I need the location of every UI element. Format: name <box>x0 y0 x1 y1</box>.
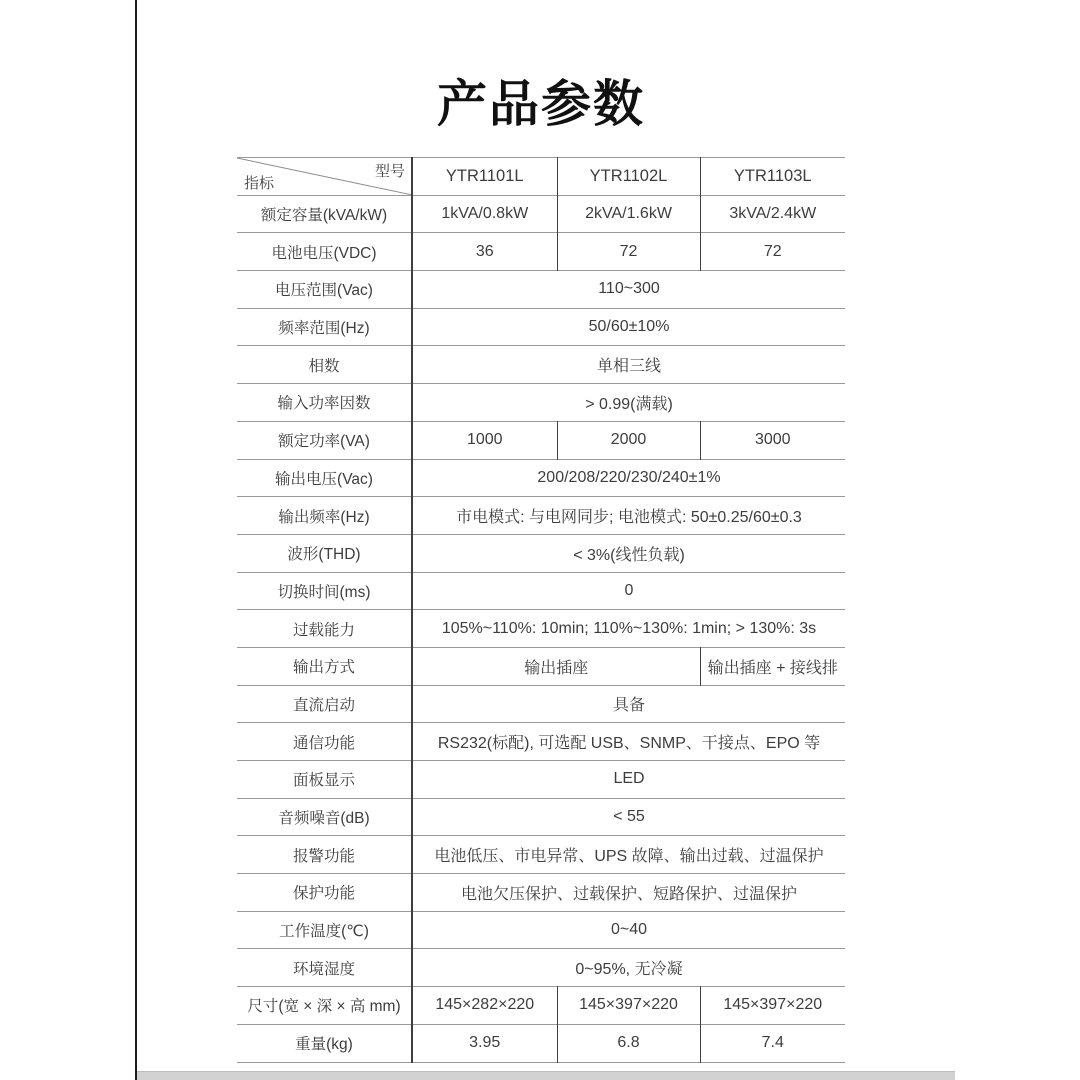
row-label: 过载能力 <box>237 610 412 648</box>
cell-value: 110~300 <box>412 271 845 309</box>
page-title: 产品参数 <box>237 64 845 136</box>
cell-value: 单相三线 <box>412 346 845 384</box>
model-header: YTR1102L <box>557 158 700 196</box>
row-label: 输入功率因数 <box>237 384 412 422</box>
row-label: 电池电压(VDC) <box>237 233 412 271</box>
cell-value: 7.4 <box>700 1024 845 1062</box>
row-label: 输出频率(Hz) <box>237 497 412 535</box>
row-label: 频率范围(Hz) <box>237 308 412 346</box>
row-label: 额定容量(kVA/kW) <box>237 195 412 233</box>
table-row: 输出频率(Hz) 市电模式: 与电网同步; 电池模式: 50±0.25/60±0… <box>237 497 845 535</box>
row-label: 输出方式 <box>237 647 412 685</box>
cell-value: 72 <box>700 233 845 271</box>
page-bottom-band <box>137 1071 955 1080</box>
table-row: 切换时间(ms) 0 <box>237 572 845 610</box>
table-row: 电池电压(VDC) 36 72 72 <box>237 233 845 271</box>
cell-value: 市电模式: 与电网同步; 电池模式: 50±0.25/60±0.3 <box>412 497 845 535</box>
table-header-row: 型号 指标 YTR1101L YTR1102L YTR1103L <box>237 158 845 196</box>
table-row: 重量(kg) 3.95 6.8 7.4 <box>237 1024 845 1062</box>
table-row: 相数 单相三线 <box>237 346 845 384</box>
cell-value: 3000 <box>700 421 845 459</box>
row-label: 尺寸(宽 × 深 × 高 mm) <box>237 987 412 1025</box>
spec-table: 型号 指标 YTR1101L YTR1102L YTR1103L 额定容量(kV… <box>237 157 845 1063</box>
cell-value: 输出插座 <box>412 647 700 685</box>
cell-value: 145×397×220 <box>557 987 700 1025</box>
row-label: 相数 <box>237 346 412 384</box>
cell-value: 3.95 <box>412 1024 557 1062</box>
cell-value: < 3%(线性负载) <box>412 534 845 572</box>
row-label: 音频噪音(dB) <box>237 798 412 836</box>
table-row: 环境湿度 0~95%, 无冷凝 <box>237 949 845 987</box>
row-label: 输出电压(Vac) <box>237 459 412 497</box>
cell-value: 145×397×220 <box>700 987 845 1025</box>
row-label: 环境湿度 <box>237 949 412 987</box>
cell-value: 200/208/220/230/240±1% <box>412 459 845 497</box>
cell-value: 0~40 <box>412 911 845 949</box>
row-label: 报警功能 <box>237 836 412 874</box>
row-label: 通信功能 <box>237 723 412 761</box>
cell-value: 具备 <box>412 685 845 723</box>
cell-value: 2000 <box>557 421 700 459</box>
row-label: 切换时间(ms) <box>237 572 412 610</box>
table-row: 报警功能 电池低压、市电异常、UPS 故障、输出过载、过温保护 <box>237 836 845 874</box>
cell-value: 电池低压、市电异常、UPS 故障、输出过载、过温保护 <box>412 836 845 874</box>
cell-value: 3kVA/2.4kW <box>700 195 845 233</box>
row-label: 重量(kg) <box>237 1024 412 1062</box>
model-header: YTR1103L <box>700 158 845 196</box>
row-label: 电压范围(Vac) <box>237 271 412 309</box>
cell-value: 0 <box>412 572 845 610</box>
table-row: 面板显示 LED <box>237 761 845 799</box>
cell-value: 36 <box>412 233 557 271</box>
cell-value: > 0.99(满载) <box>412 384 845 422</box>
table-row: 输出方式 输出插座 输出插座 + 接线排 <box>237 647 845 685</box>
cell-value: 电池欠压保护、过载保护、短路保护、过温保护 <box>412 874 845 912</box>
cell-value: 72 <box>557 233 700 271</box>
row-label: 波形(THD) <box>237 534 412 572</box>
cell-value: 105%~110%: 10min; 110%~130%: 1min; > 130… <box>412 610 845 648</box>
corner-model-label: 型号 <box>375 160 405 181</box>
cell-value: 145×282×220 <box>412 987 557 1025</box>
row-label: 直流启动 <box>237 685 412 723</box>
table-row: 额定容量(kVA/kW) 1kVA/0.8kW 2kVA/1.6kW 3kVA/… <box>237 195 845 233</box>
cell-value: 2kVA/1.6kW <box>557 195 700 233</box>
table-row: 输入功率因数 > 0.99(满载) <box>237 384 845 422</box>
page-left-rule <box>135 0 137 1080</box>
table-row: 频率范围(Hz) 50/60±10% <box>237 308 845 346</box>
row-label: 额定功率(VA) <box>237 421 412 459</box>
table-row: 音频噪音(dB) < 55 <box>237 798 845 836</box>
cell-value: 1000 <box>412 421 557 459</box>
corner-cell: 型号 指标 <box>237 158 412 196</box>
cell-value: 输出插座 + 接线排 <box>700 647 845 685</box>
cell-value: 50/60±10% <box>412 308 845 346</box>
table-row: 波形(THD) < 3%(线性负载) <box>237 534 845 572</box>
table-row: 过载能力 105%~110%: 10min; 110%~130%: 1min; … <box>237 610 845 648</box>
cell-value: 6.8 <box>557 1024 700 1062</box>
page: { "page": { "title": "产品参数" }, "table": … <box>0 0 1080 1080</box>
cell-value: 0~95%, 无冷凝 <box>412 949 845 987</box>
table-row: 通信功能 RS232(标配), 可选配 USB、SNMP、干接点、EPO 等 <box>237 723 845 761</box>
table-row: 工作温度(℃) 0~40 <box>237 911 845 949</box>
corner-metric-label: 指标 <box>244 172 274 193</box>
row-label: 保护功能 <box>237 874 412 912</box>
table-row: 尺寸(宽 × 深 × 高 mm) 145×282×220 145×397×220… <box>237 987 845 1025</box>
table-row: 直流启动 具备 <box>237 685 845 723</box>
table-row: 电压范围(Vac) 110~300 <box>237 271 845 309</box>
cell-value: RS232(标配), 可选配 USB、SNMP、干接点、EPO 等 <box>412 723 845 761</box>
table-row: 保护功能 电池欠压保护、过载保护、短路保护、过温保护 <box>237 874 845 912</box>
row-label: 面板显示 <box>237 761 412 799</box>
cell-value: 1kVA/0.8kW <box>412 195 557 233</box>
table-row: 输出电压(Vac) 200/208/220/230/240±1% <box>237 459 845 497</box>
cell-value: < 55 <box>412 798 845 836</box>
table-row: 额定功率(VA) 1000 2000 3000 <box>237 421 845 459</box>
row-label: 工作温度(℃) <box>237 911 412 949</box>
cell-value: LED <box>412 761 845 799</box>
model-header: YTR1101L <box>412 158 557 196</box>
